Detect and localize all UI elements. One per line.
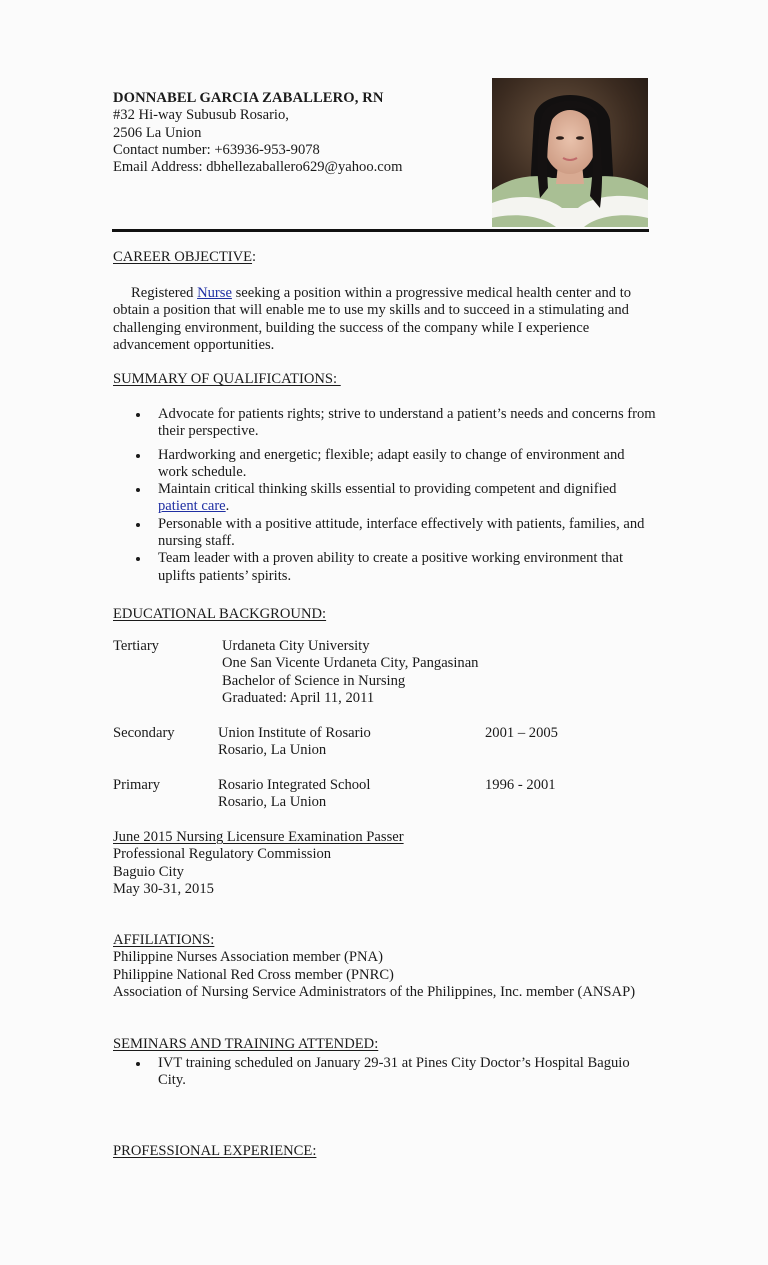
seminars-title: SEMINARS AND TRAINING ATTENDED:	[113, 1036, 378, 1052]
education-details: Rosario Integrated School Rosario, La Un…	[218, 777, 370, 812]
affiliation-item: Philippine Nurses Association member (PN…	[113, 949, 673, 966]
applicant-photo	[492, 78, 648, 227]
portrait-image-icon	[492, 78, 648, 227]
qualification-text: Maintain critical thinking skills essent…	[158, 481, 616, 497]
affiliation-item: Association of Nursing Service Administr…	[113, 984, 673, 1001]
school-name: Urdaneta City University	[222, 638, 478, 655]
seminars-list: IVT training scheduled on January 29-31 …	[113, 1055, 658, 1090]
education-years: 2001 – 2005	[485, 725, 558, 742]
qualification-text: Team leader with a proven ability to cre…	[158, 550, 623, 583]
email-address: Email Address: dbhellezaballero629@yahoo…	[113, 159, 483, 176]
school-address: One San Vicente Urdaneta City, Pangasina…	[222, 655, 478, 672]
qualification-text: Advocate for patients rights; strive to …	[158, 406, 656, 439]
school-address: Rosario, La Union	[218, 794, 370, 811]
qualification-item: Team leader with a proven ability to cre…	[113, 550, 658, 585]
career-objective-title-suffix: :	[252, 249, 256, 265]
qualification-item: Advocate for patients rights; strive to …	[113, 406, 658, 441]
career-objective-title: CAREER OBJECTIVE	[113, 249, 252, 265]
school-name: Union Institute of Rosario	[218, 725, 371, 742]
school-address: Rosario, La Union	[218, 742, 371, 759]
header-divider	[112, 229, 649, 232]
licensure-agency: Professional Regulatory Commission	[113, 846, 658, 863]
qualification-text: Personable with a positive attitude, int…	[158, 516, 644, 549]
address-line-1: #32 Hi-way Subusub Rosario,	[113, 107, 483, 124]
applicant-name: DONNABEL GARCIA ZABALLERO, RN	[113, 90, 483, 107]
qualifications-heading: SUMMARY OF QUALIFICATIONS:	[113, 371, 658, 388]
education-level: Primary	[113, 777, 160, 794]
qualification-item: Maintain critical thinking skills essent…	[113, 481, 658, 516]
objective-text-start: Registered	[131, 285, 197, 301]
career-objective-heading: CAREER OBJECTIVE:	[113, 249, 658, 266]
career-objective-text: Registered Nurse seeking a position with…	[113, 285, 658, 354]
experience-title: PROFESSIONAL EXPERIENCE:	[113, 1143, 316, 1159]
qualifications-list: Advocate for patients rights; strive to …	[113, 406, 658, 585]
licensure-location: Baguio City	[113, 864, 658, 881]
affiliation-item: Philippine National Red Cross member (PN…	[113, 967, 673, 984]
education-heading: EDUCATIONAL BACKGROUND:	[113, 606, 658, 623]
graduation-date: Graduated: April 11, 2011	[222, 690, 478, 707]
seminar-text: IVT training scheduled on January 29-31 …	[158, 1055, 630, 1088]
seminar-item: IVT training scheduled on January 29-31 …	[113, 1055, 658, 1090]
education-details: Union Institute of Rosario Rosario, La U…	[218, 725, 371, 760]
education-years: 1996 - 2001	[485, 777, 556, 794]
degree: Bachelor of Science in Nursing	[222, 673, 478, 690]
licensure-title: June 2015 Nursing Licensure Examination …	[113, 829, 658, 846]
seminars-heading: SEMINARS AND TRAINING ATTENDED:	[113, 1036, 658, 1053]
licensure-block: June 2015 Nursing Licensure Examination …	[113, 829, 658, 898]
qualification-text: Hardworking and energetic; flexible; ada…	[158, 447, 625, 480]
licensure-date: May 30-31, 2015	[113, 881, 658, 898]
qualification-item: Hardworking and energetic; flexible; ada…	[113, 447, 658, 482]
qualification-text-end: .	[226, 498, 230, 514]
education-level: Tertiary	[113, 638, 159, 655]
patient-care-link[interactable]: patient care	[158, 498, 226, 514]
school-name: Rosario Integrated School	[218, 777, 370, 794]
affiliations-title: AFFILIATIONS:	[113, 932, 673, 949]
affiliations-block: AFFILIATIONS: Philippine Nurses Associat…	[113, 932, 673, 1001]
education-details: Urdaneta City University One San Vicente…	[222, 638, 478, 707]
education-level: Secondary	[113, 725, 175, 742]
qualification-item: Personable with a positive attitude, int…	[113, 516, 658, 551]
contact-number: Contact number: +63936-953-9078	[113, 142, 483, 159]
education-title: EDUCATIONAL BACKGROUND:	[113, 606, 326, 622]
qualifications-title: SUMMARY OF QUALIFICATIONS:	[113, 371, 341, 387]
address-line-2: 2506 La Union	[113, 125, 483, 142]
nurse-link[interactable]: Nurse	[197, 285, 232, 301]
experience-heading: PROFESSIONAL EXPERIENCE:	[113, 1143, 658, 1160]
contact-header: DONNABEL GARCIA ZABALLERO, RN #32 Hi-way…	[113, 90, 483, 176]
